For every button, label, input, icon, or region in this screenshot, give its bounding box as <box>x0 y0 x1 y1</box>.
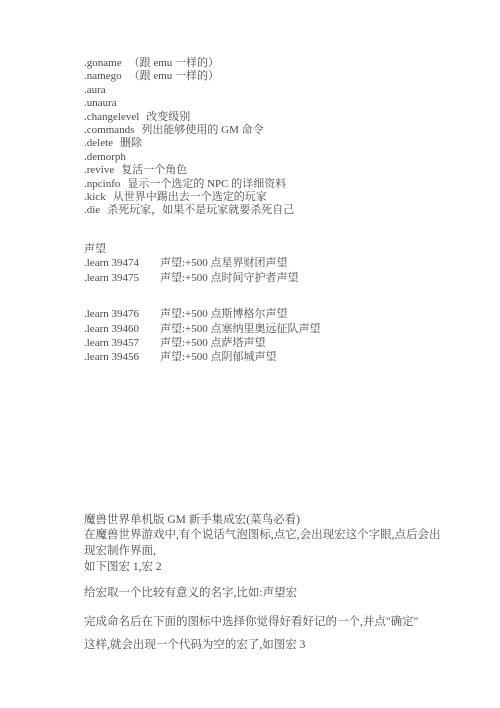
command-line: .kick从世界中踢出去一个选定的玩家 <box>84 191 444 204</box>
command-description: 从世界中踢出去一个选定的玩家 <box>113 191 267 203</box>
reputation-group-1: .learn 39474声望:+500 点星界财团声望 .learn 39475… <box>84 256 444 285</box>
command-name: .changelevel <box>84 111 139 123</box>
command-description: （跟 emu 一样的） <box>129 57 219 69</box>
command-description: 列出能够使用的 GM 命令 <box>141 124 263 136</box>
command-line: .goname（跟 emu 一样的） <box>84 57 444 70</box>
macro-guide-step-name: 给宏取一个比较有意义的名字,比如:声望宏 <box>84 586 444 602</box>
macro-guide-section: 魔兽世界单机版 GM 新手集成宏(菜鸟必看) 在魔兽世界游戏中,有个说话气泡图标… <box>84 513 444 654</box>
command-description: 复活一个角色 <box>121 164 187 176</box>
command-name: .aura <box>84 84 106 96</box>
command-description: 声望:+500 点萨塔声望 <box>160 337 266 349</box>
command-name: .delete <box>84 137 113 149</box>
command-description: 声望:+500 点阴郁城声望 <box>160 351 277 363</box>
command-description: 声望:+500 点斯博格尔声望 <box>160 308 288 320</box>
learn-command-line: .learn 39475声望:+500 点时间守护者声望 <box>84 271 444 285</box>
command-name: .learn 39460 <box>84 322 160 336</box>
learn-command-line: .learn 39457声望:+500 点萨塔声望 <box>84 336 444 350</box>
command-line: .delete删除 <box>84 137 444 150</box>
learn-command-line: .learn 39476声望:+500 点斯博格尔声望 <box>84 307 444 321</box>
command-description: 改变级别 <box>146 111 190 123</box>
command-name: .learn 39475 <box>84 271 160 285</box>
command-description: （跟 emu 一样的） <box>129 70 219 82</box>
command-name: .namego <box>84 70 122 82</box>
command-line: .aura <box>84 84 444 97</box>
command-name: .learn 39457 <box>84 336 160 350</box>
command-name: .npcinfo <box>84 178 120 190</box>
command-description: 声望:+500 点时间守护者声望 <box>160 272 299 284</box>
command-line: .die杀死玩家，如果不是玩家就要杀死自己 <box>84 204 444 217</box>
gm-command-list: .goname（跟 emu 一样的） .namego（跟 emu 一样的） .a… <box>84 57 444 218</box>
learn-command-line: .learn 39460声望:+500 点塞纳里奥远征队声望 <box>84 322 444 336</box>
command-description: 声望:+500 点塞纳里奥远征队声望 <box>160 323 321 335</box>
macro-guide-intro-line2: 如下图宏 1,宏 2 <box>84 560 444 576</box>
command-line: .commands列出能够使用的 GM 命令 <box>84 124 444 137</box>
command-description: 删除 <box>120 137 142 149</box>
command-line: .namego（跟 emu 一样的） <box>84 70 444 83</box>
macro-guide-step-result: 这样,就会出现一个代码为空的宏了,如图宏 3 <box>84 638 444 654</box>
command-name: .die <box>84 204 100 216</box>
command-name: .learn 39474 <box>84 256 160 270</box>
command-name: .kick <box>84 191 106 203</box>
command-name: .revive <box>84 164 114 176</box>
macro-guide-title: 魔兽世界单机版 GM 新手集成宏(菜鸟必看) <box>84 513 444 529</box>
command-line: .demorph <box>84 151 444 164</box>
document-page: .goname（跟 emu 一样的） .namego（跟 emu 一样的） .a… <box>0 0 500 708</box>
macro-guide-step-icon: 完成命名后在下面的图标中选择你觉得好看好记的一个,并点"确定" <box>84 615 444 631</box>
reputation-heading: 声望 <box>84 242 444 257</box>
command-name: .learn 39476 <box>84 307 160 321</box>
command-line: .npcinfo显示一个选定的 NPC 的详细资料 <box>84 178 444 191</box>
command-description: 显示一个选定的 NPC 的详细资料 <box>127 178 286 190</box>
command-name: .unaura <box>84 97 117 109</box>
command-line: .unaura <box>84 97 444 110</box>
command-line: .changelevel改变级别 <box>84 111 444 124</box>
macro-guide-intro-line1: 在魔兽世界游戏中,有个说话气泡图标,点它,会出现宏这个字眼,点后会出现宏制作界面… <box>84 528 444 559</box>
command-name: .learn 39456 <box>84 350 160 364</box>
command-description: 杀死玩家，如果不是玩家就要杀死自己 <box>107 204 294 216</box>
learn-command-line: .learn 39456声望:+500 点阴郁城声望 <box>84 350 444 364</box>
reputation-group-2: .learn 39476声望:+500 点斯博格尔声望 .learn 39460… <box>84 307 444 365</box>
learn-command-line: .learn 39474声望:+500 点星界财团声望 <box>84 256 444 270</box>
command-line: .revive复活一个角色 <box>84 164 444 177</box>
command-name: .demorph <box>84 151 126 163</box>
command-name: .goname <box>84 57 122 69</box>
command-name: .commands <box>84 124 134 136</box>
command-description: 声望:+500 点星界财团声望 <box>160 257 288 269</box>
